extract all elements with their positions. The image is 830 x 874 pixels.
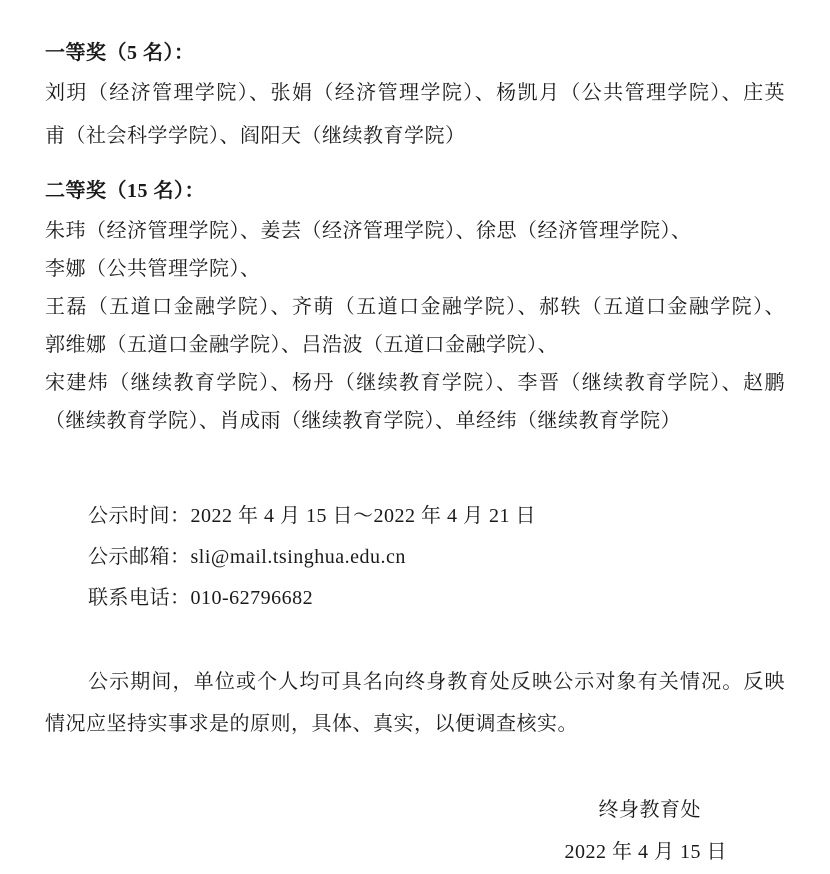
second-prize-winners: 朱玮（经济管理学院）、姜芸（经济管理学院）、徐思（经济管理学院）、 李娜（公共管… bbox=[45, 212, 785, 440]
first-prize-heading: 一等奖（5 名）： bbox=[45, 40, 785, 66]
contact-phone: 联系电话：010-62796682 bbox=[88, 578, 785, 619]
second-prize-winners-line: 王磊（五道口金融学院）、齐萌（五道口金融学院）、郝轶（五道口金融学院）、 bbox=[45, 288, 785, 326]
second-prize-winners-line: （继续教育学院）、肖成雨（继续教育学院）、单经纬（继续教育学院） bbox=[45, 402, 785, 440]
publicity-email: 公示邮箱：sli@mail.tsinghua.edu.cn bbox=[88, 537, 785, 578]
first-prize-winners: 刘玥（经济管理学院）、张娟（经济管理学院）、杨凯月（公共管理学院）、庄英 甫（社… bbox=[45, 72, 785, 158]
second-prize-winners-line: 朱玮（经济管理学院）、姜芸（经济管理学院）、徐思（经济管理学院）、 bbox=[45, 212, 785, 250]
second-prize-winners-line: 李娜（公共管理学院）、 bbox=[45, 250, 785, 288]
signature-block: 终身教育处 2022 年 4 月 15 日 bbox=[45, 789, 785, 873]
closing-paragraph-line: 公示期间，单位或个人均可具名向终身教育处反映公示对象有关情况。反映 bbox=[45, 661, 785, 703]
second-prize-winners-line: 宋建炜（继续教育学院）、杨丹（继续教育学院）、李晋（继续教育学院）、赵鹏 bbox=[45, 364, 785, 402]
signature-org: 终身教育处 bbox=[45, 789, 727, 831]
publicity-time: 公示时间：2022 年 4 月 15 日～2022 年 4 月 21 日 bbox=[88, 496, 785, 537]
document-page: 一等奖（5 名）： 刘玥（经济管理学院）、张娟（经济管理学院）、杨凯月（公共管理… bbox=[0, 0, 830, 874]
second-prize-winners-line: 郭维娜（五道口金融学院）、吕浩波（五道口金融学院）、 bbox=[45, 326, 785, 364]
first-prize-winners-line: 甫（社会科学学院）、阎阳天（继续教育学院） bbox=[45, 115, 785, 158]
second-prize-heading: 二等奖（15 名）： bbox=[45, 178, 785, 204]
signature-date: 2022 年 4 月 15 日 bbox=[45, 831, 727, 873]
closing-paragraph: 公示期间，单位或个人均可具名向终身教育处反映公示对象有关情况。反映 情况应坚持实… bbox=[45, 661, 785, 745]
contact-info: 公示时间：2022 年 4 月 15 日～2022 年 4 月 21 日 公示邮… bbox=[45, 496, 785, 619]
first-prize-winners-line: 刘玥（经济管理学院）、张娟（经济管理学院）、杨凯月（公共管理学院）、庄英 bbox=[45, 72, 785, 115]
closing-paragraph-line: 情况应坚持实事求是的原则，具体、真实，以便调查核实。 bbox=[45, 703, 785, 745]
